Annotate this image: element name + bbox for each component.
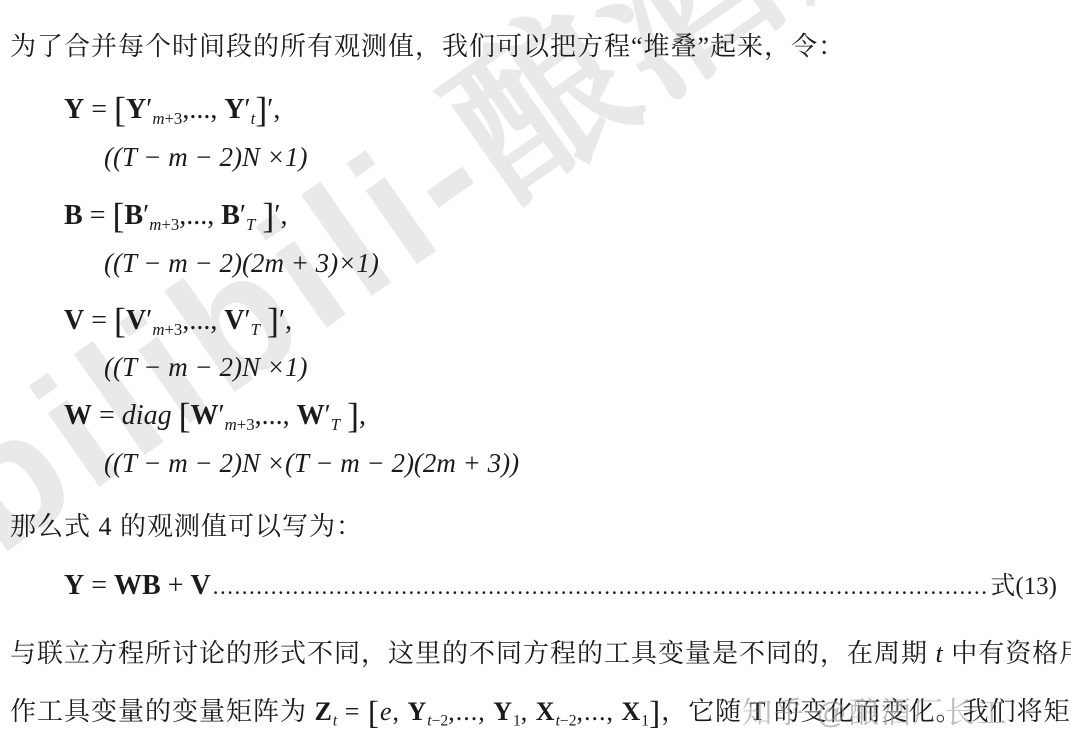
paragraph-discussion-line2: 作工具变量的变量矩阵为 Zt = [e, Yt−2,..., Y1, Xt−2,… [10,691,1071,728]
equation-B: B = [B′m+3,..., B′T ]′, [64,200,287,232]
paragraph-intro: 为了合并每个时间段的所有观测值，我们可以把方程“堆叠”起来，令： [10,26,845,63]
equation-W: W = diag [W′m+3,..., W′T ], [64,400,366,432]
equation-V: V = [V′m+3,..., V′T ]′, [64,305,292,337]
equation-13-leader-dots: ........................................… [213,574,989,600]
paragraph-then: 那么式 4 的观测值可以写为： [10,506,363,543]
equation-V-dimension: ((T − m − 2)N ×1) [104,352,307,383]
equation-13-label: 式(13) [990,566,1057,602]
equation-B-dimension: ((T − m − 2)(2m + 3)×1) [104,248,379,279]
equation-Y: Y = [Y′m+3,..., Y′t]′, [64,94,280,126]
equation-Y-dimension: ((T − m − 2)N ×1) [104,142,307,173]
equation-13-row: Y = WB + V .............................… [64,566,1057,602]
equation-13-math: Y = WB + V [64,570,211,602]
paragraph-discussion-line1: 与联立方程所讨论的形式不同，这里的不同方程的工具变量是不同的，在周期 t 中有资… [10,633,1071,670]
equation-W-dimension: ((T − m − 2)N ×(T − m − 2)(2m + 3)) [104,448,519,479]
